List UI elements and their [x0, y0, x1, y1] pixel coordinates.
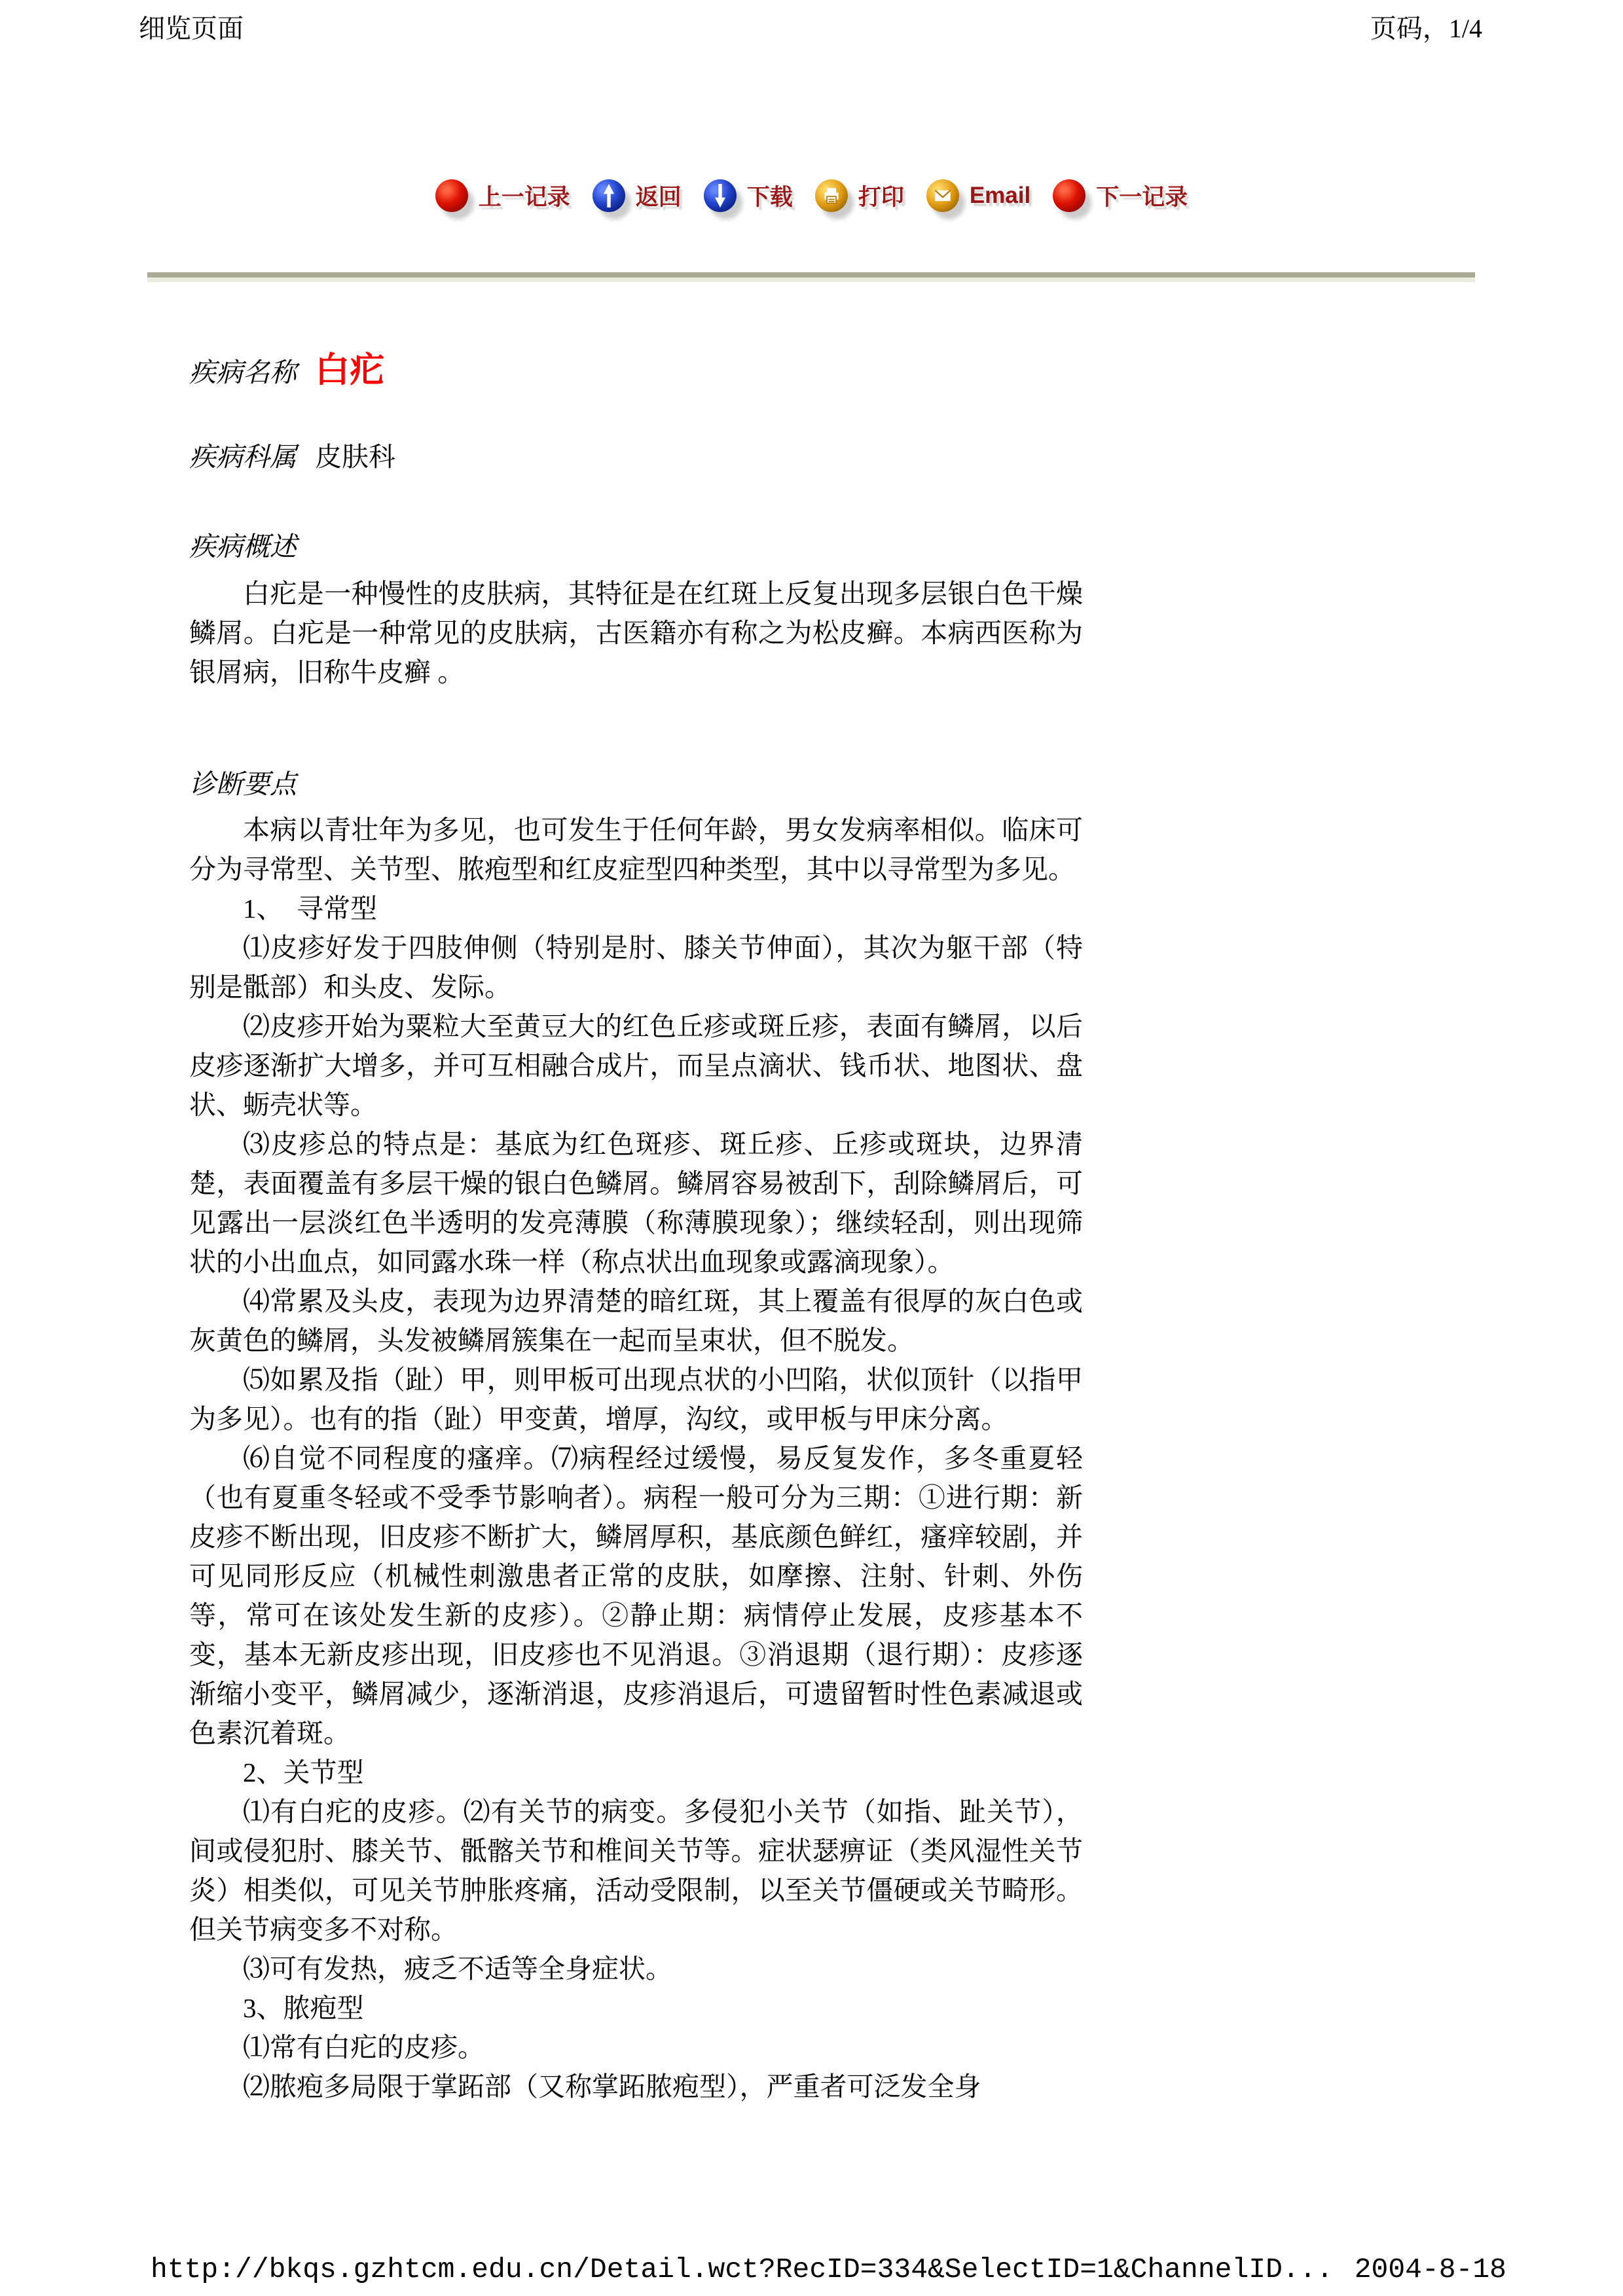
diagnosis-paragraph: ⑴皮疹好发于四肢伸侧（特别是肘、膝关节伸面），其次为躯干部（特别是骶部）和头皮、… — [189, 928, 1083, 1007]
page-number: 页码，1/4 — [1370, 8, 1482, 45]
overview-label: 疾病概述 — [189, 525, 1083, 564]
next-record-label: 下一记录 — [1096, 179, 1188, 212]
envelope-icon — [926, 179, 959, 212]
disease-name-row: 疾病名称 白疕 — [189, 342, 1083, 392]
down-arrow-icon — [704, 179, 737, 212]
record-content: 疾病名称 白疕 疾病科属 皮肤科 疾病概述 白疕是一种慢性的皮肤病，其特征是在红… — [189, 342, 1083, 2106]
email-button[interactable]: Email — [926, 179, 1030, 212]
diagnosis-paragraph: 3、脓疱型 — [189, 1988, 1083, 2028]
diagnosis-paragraph: 2、关节型 — [189, 1753, 1083, 1792]
previous-record-button[interactable]: 上一记录 — [435, 179, 570, 212]
up-arrow-icon — [593, 179, 625, 212]
previous-record-label: 上一记录 — [479, 179, 570, 212]
disease-name-label: 疾病名称 — [189, 351, 315, 389]
diagnosis-paragraph: ⑴有白疕的皮疹。⑵有关节的病变。多侵犯小关节（如指、趾关节），间或侵犯肘、膝关节… — [189, 1792, 1083, 1949]
diagnosis-paragraph: ⑵皮疹开始为粟粒大至黄豆大的红色丘疹或斑丘疹，表面有鳞屑，以后皮疹逐渐扩大增多，… — [189, 1007, 1083, 1124]
red-sphere-icon — [435, 179, 468, 212]
diagnosis-paragraph: ⑷常累及头皮，表现为边界清楚的暗红斑，其上覆盖有很厚的灰白色或灰黄色的鳞屑，头发… — [189, 1282, 1083, 1360]
department-value: 皮肤科 — [315, 435, 395, 474]
diagnosis-paragraph: 本病以青壮年为多见，也可发生于任何年龄，男女发病率相似。临床可分为寻常型、关节型… — [189, 810, 1083, 889]
diagnosis-paragraph: 1、 寻常型 — [189, 889, 1083, 928]
disease-name-value: 白疕 — [315, 342, 384, 392]
overview-text: 白疕是一种慢性的皮肤病，其特征是在红斑上反复出现多层银白色干燥鳞屑。白疕是一种常… — [189, 574, 1083, 692]
diagnosis-paragraph: ⑹自觉不同程度的瘙痒。⑺病程经过缓慢，易反复发作，多冬重夏轻（也有夏重冬轻或不受… — [189, 1439, 1083, 1753]
print-button[interactable]: 打印 — [815, 179, 904, 212]
department-row: 疾病科属 皮肤科 — [189, 435, 1083, 474]
diagnosis-paragraph: ⑶皮疹总的特点是：基底为红色斑疹、斑丘疹、丘疹或斑块，边界清楚，表面覆盖有多层干… — [189, 1124, 1083, 1282]
red-sphere-icon — [1053, 179, 1085, 212]
diagnosis-label: 诊断要点 — [189, 762, 1083, 801]
back-label: 返回 — [636, 179, 682, 212]
printer-icon — [815, 179, 848, 212]
diagnosis-paragraph: ⑵脓疱多局限于掌跖部（又称掌跖脓疱型），严重者可泛发全身 — [189, 2067, 1083, 2106]
toolbar: 上一记录 返回 下载 打印 — [0, 179, 1623, 212]
footer-url: http://bkqs.gzhtcm.edu.cn/Detail.wct?Rec… — [151, 2253, 1333, 2286]
download-label: 下载 — [747, 179, 793, 212]
email-label: Email — [970, 183, 1030, 209]
next-record-button[interactable]: 下一记录 — [1053, 179, 1188, 212]
print-label: 打印 — [858, 179, 904, 212]
page: 细览页面 页码，1/4 上一记录 返回 下载 — [0, 0, 1623, 2296]
page-footer: http://bkqs.gzhtcm.edu.cn/Detail.wct?Rec… — [151, 2253, 1506, 2286]
section-divider — [147, 272, 1475, 282]
diagnosis-paragraph: ⑴常有白疕的皮疹。 — [189, 2028, 1083, 2067]
diagnosis-paragraph: ⑸如累及指（趾）甲，则甲板可出现点状的小凹陷，状似顶针（以指甲为多见）。也有的指… — [189, 1360, 1083, 1439]
footer-date: 2004-8-18 — [1355, 2253, 1506, 2286]
page-title: 细览页面 — [139, 8, 244, 45]
department-label: 疾病科属 — [189, 435, 315, 474]
diagnosis-paragraph: ⑶可有发热，疲乏不适等全身症状。 — [189, 1949, 1083, 1988]
back-button[interactable]: 返回 — [593, 179, 682, 212]
diagnosis-text: 本病以青壮年为多见，也可发生于任何年龄，男女发病率相似。临床可分为寻常型、关节型… — [189, 810, 1083, 2106]
page-header: 细览页面 页码，1/4 — [0, 0, 1623, 45]
download-button[interactable]: 下载 — [704, 179, 793, 212]
